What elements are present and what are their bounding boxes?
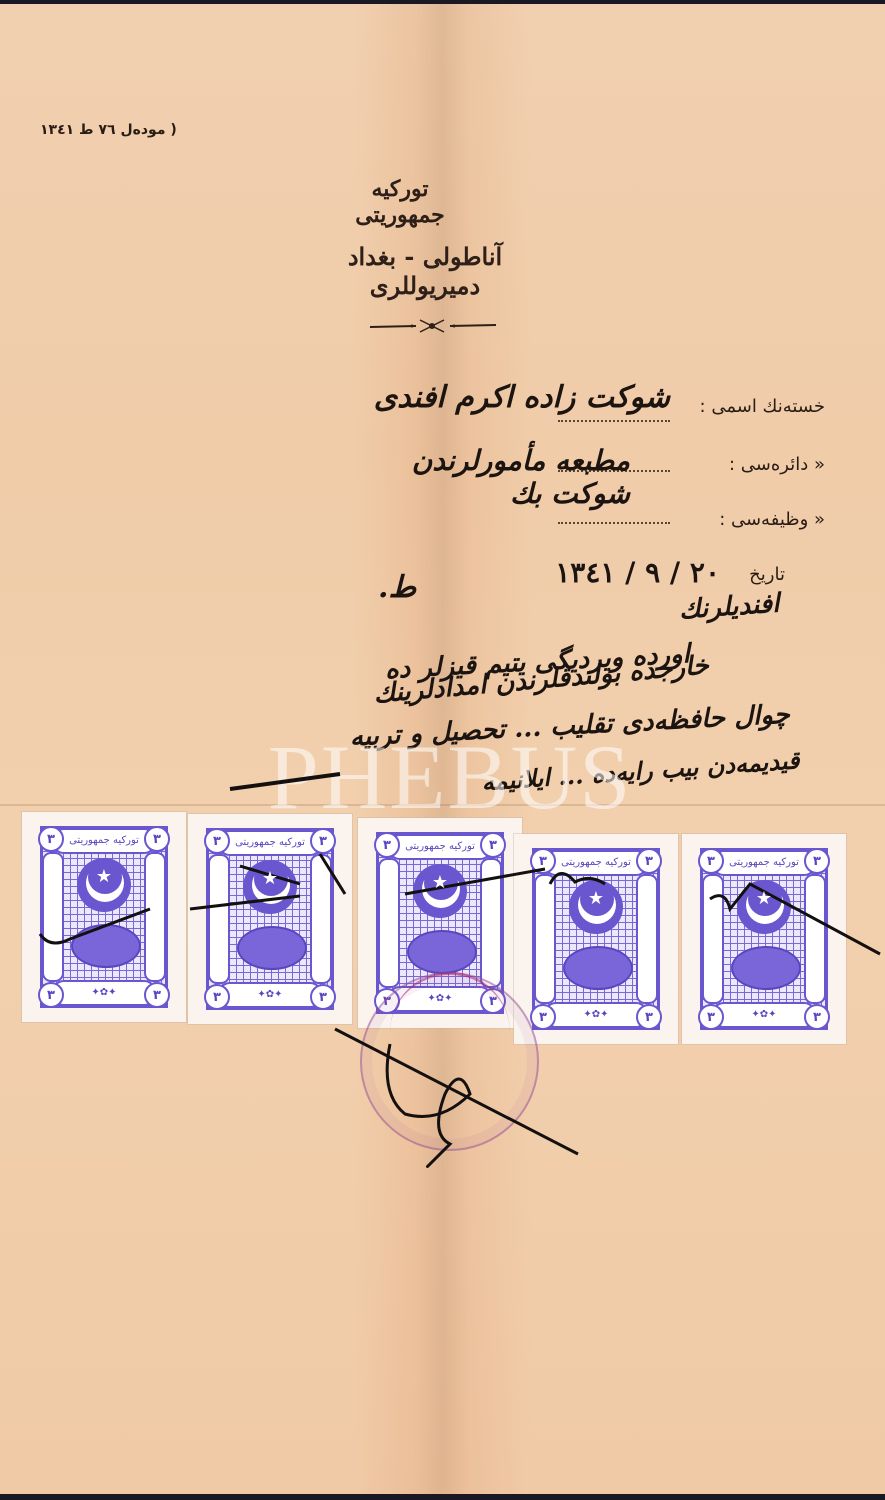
star-icon: ★ (587, 890, 605, 908)
star-icon: ★ (431, 874, 449, 892)
document-paper: ( موده‌ل ٧٦ ط ١٣٤١ تورکیه جمهوریتی آناطو… (0, 4, 885, 1494)
ink-cancellation-marks (0, 4, 885, 1494)
star-icon: ★ (261, 870, 279, 888)
star-icon: ★ (95, 868, 113, 886)
star-icon: ★ (755, 890, 773, 908)
